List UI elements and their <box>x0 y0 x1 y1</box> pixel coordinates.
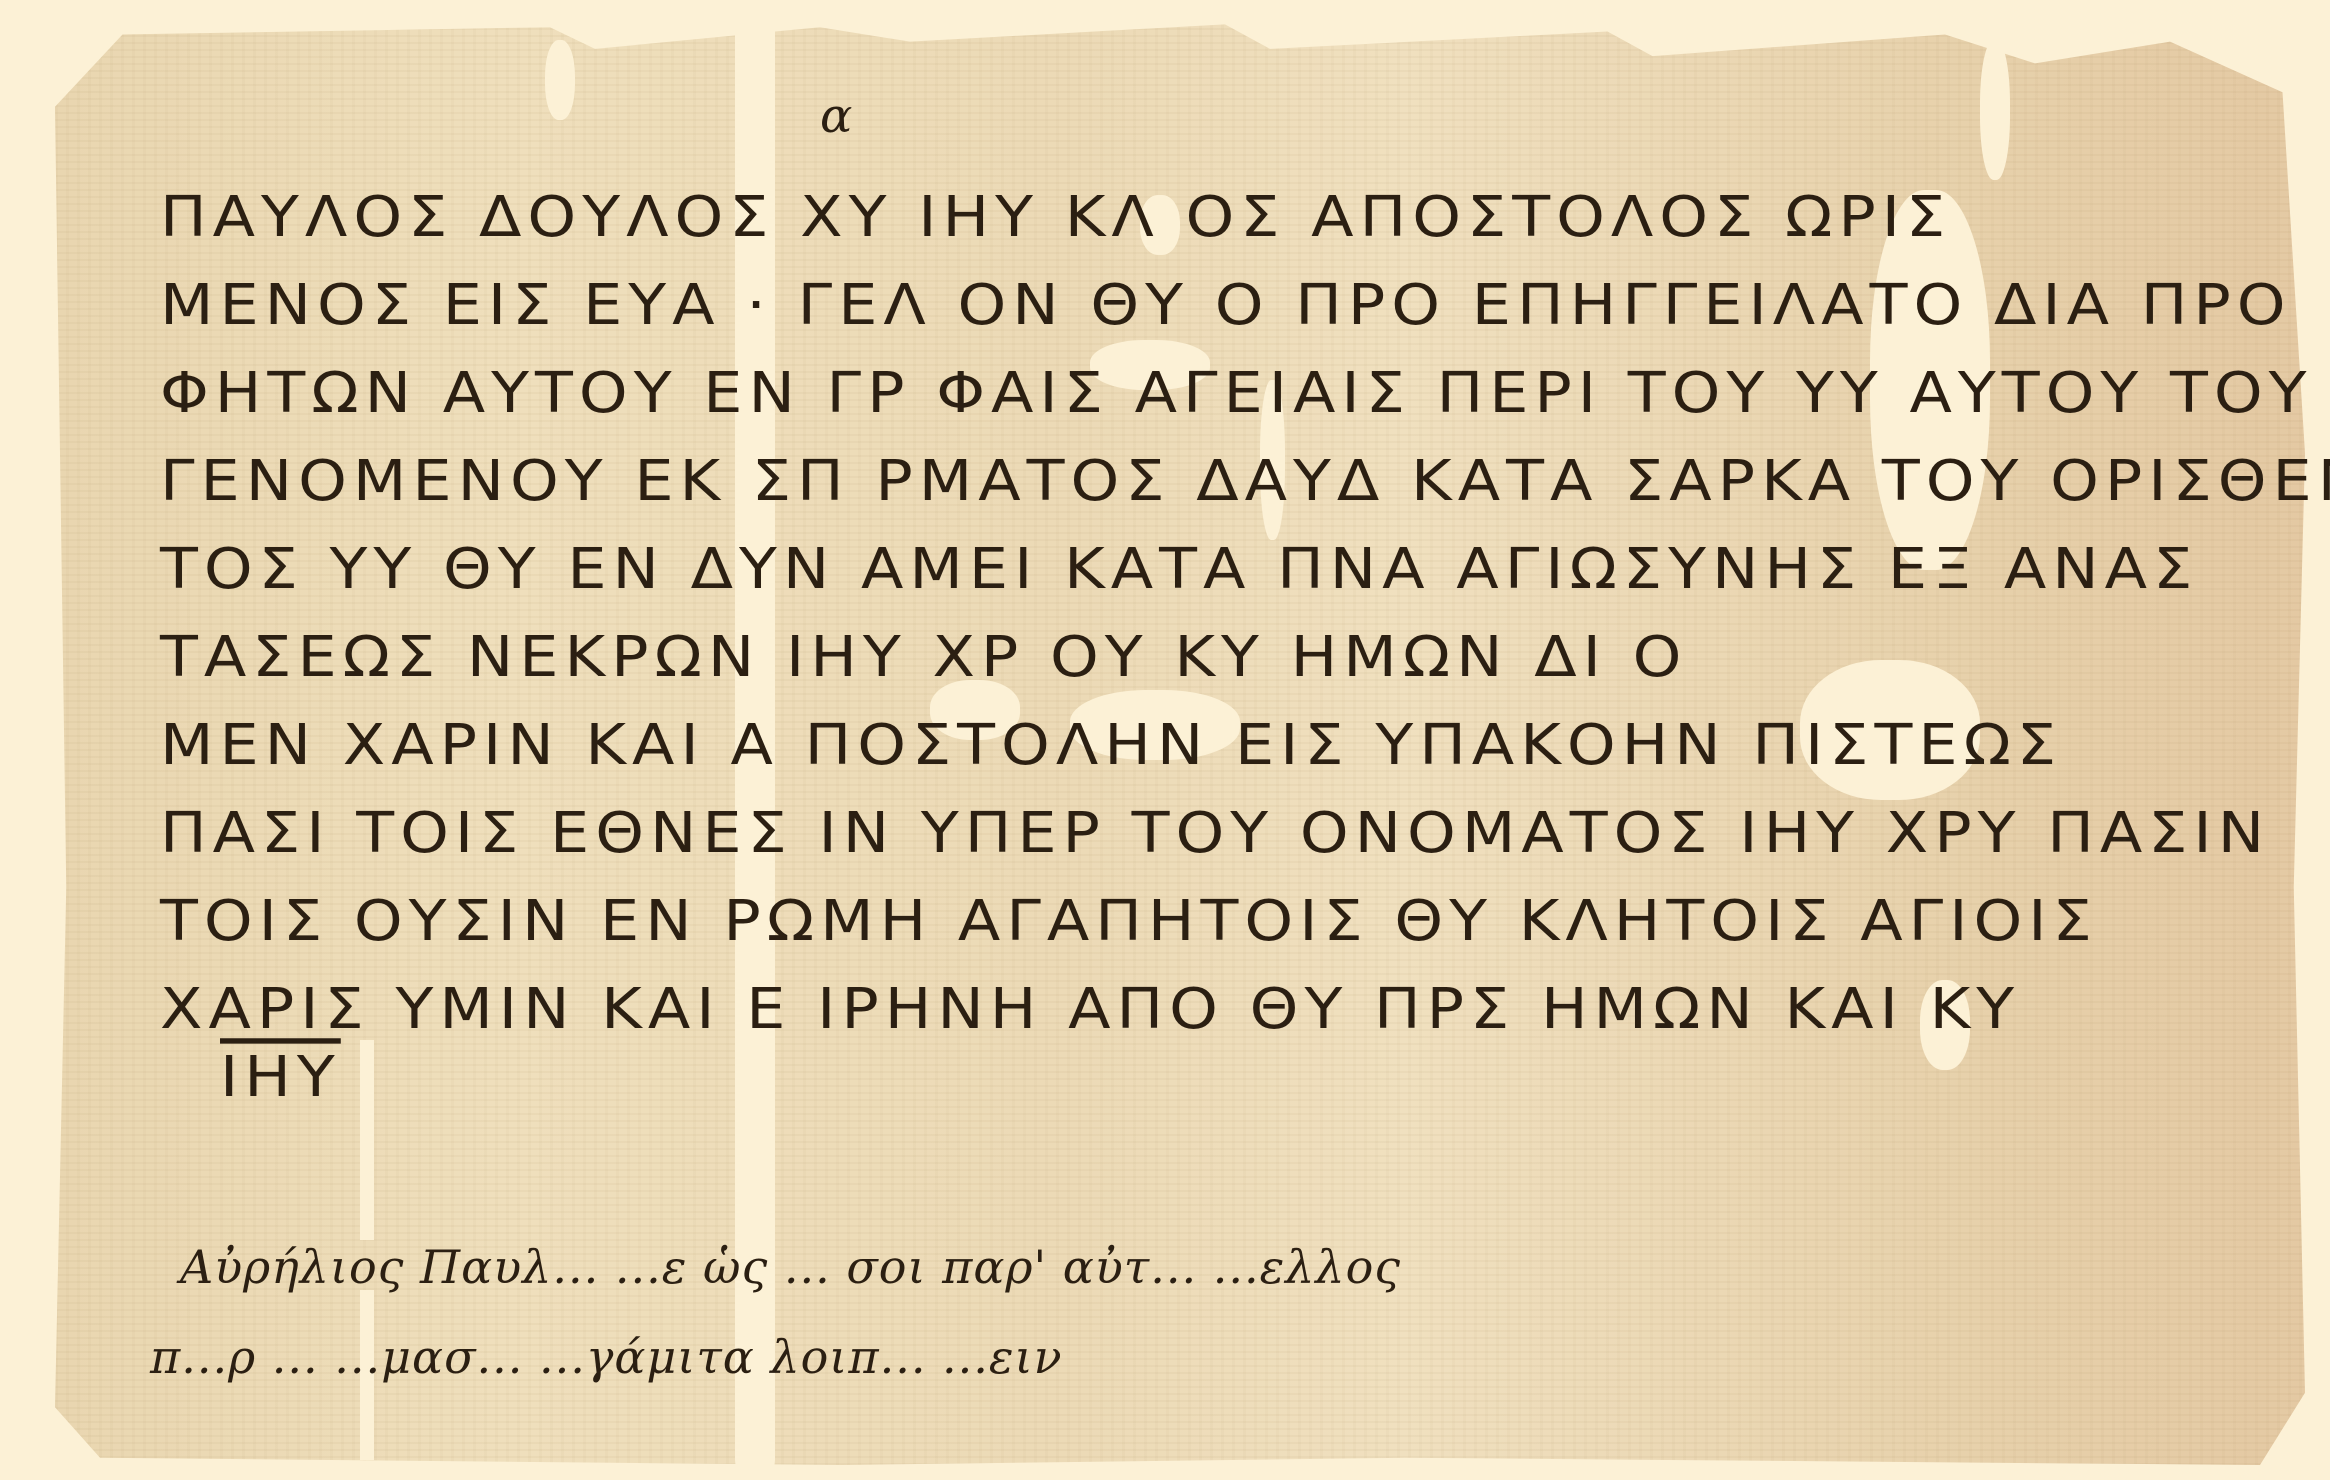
papyrus-hole <box>545 40 575 120</box>
text-line: ΜΕΝΟΣ ΕΙΣ ΕΥΑ · ΓΕΛ ΟΝ ΘΥ Ο ΠΡΟ ΕΠΗΓΓΕΙΛ… <box>160 272 2292 338</box>
papyrus-hole <box>1980 40 2010 180</box>
text-line: ΤΟΙΣ ΟΥΣΙΝ ΕΝ ΡΩΜΗ ΑΓΑΠΗΤΟΙΣ ΘΥ ΚΛΗΤΟΙΣ … <box>160 888 2098 954</box>
cursive-line: Αὐρήλιος Παυλ... ...ε ὡς ... σοι παρ' αὐ… <box>180 1240 1401 1294</box>
text-line: ΜΕΝ ΧΑΡΙΝ ΚΑΙ Α ΠΟΣΤΟΛΗΝ ΕΙΣ ΥΠΑΚΟΗΝ ΠΙΣ… <box>160 712 2062 778</box>
text-line: ΠΑΥΛΟΣ ΔΟΥΛΟΣ ΧΥ ΙΗΥ ΚΛ ΟΣ ΑΠΟΣΤΟΛΟΣ ΩΡΙ… <box>160 184 1951 250</box>
vertical-tear-left-lower <box>360 1040 374 1240</box>
text-line: ΤΑΣΕΩΣ ΝΕΚΡΩΝ ΙΗΥ ΧΡ ΟΥ ΚΥ ΗΜΩΝ ΔΙ Ο <box>160 624 1687 690</box>
text-line: ΓΕΝΟΜΕΝΟΥ ΕΚ ΣΠ ΡΜΑΤΟΣ ΔΑΥΔ ΚΑΤΑ ΣΑΡΚΑ Τ… <box>160 448 2330 514</box>
text-line: ΤΟΣ ΥΥ ΘΥ ΕΝ ΔΥΝ ΑΜΕΙ ΚΑΤΑ ΠΝΑ ΑΓΙΩΣΥΝΗΣ… <box>160 536 2198 602</box>
text-line-nomen-sacrum: ΙΗΥ <box>220 1044 341 1110</box>
page-number: α <box>820 88 852 144</box>
text-line: ΧΑΡΙΣ ΥΜΙΝ ΚΑΙ Ε ΙΡΗΝΗ ΑΠΟ ΘΥ ΠΡΣ ΗΜΩΝ Κ… <box>160 976 2020 1042</box>
cursive-line: π...ρ ... ...μασ... ...γάμιτα λοιπ... ..… <box>150 1330 1063 1384</box>
text-line: ΠΑΣΙ ΤΟΙΣ ΕΘΝΕΣ ΙΝ ΥΠΕΡ ΤΟΥ ΟΝΟΜΑΤΟΣ ΙΗΥ… <box>160 800 2270 866</box>
text-line: ΦΗΤΩΝ ΑΥΤΟΥ ΕΝ ΓΡ ΦΑΙΣ ΑΓΕΙΑΙΣ ΠΕΡΙ ΤΟΥ … <box>160 360 2313 426</box>
